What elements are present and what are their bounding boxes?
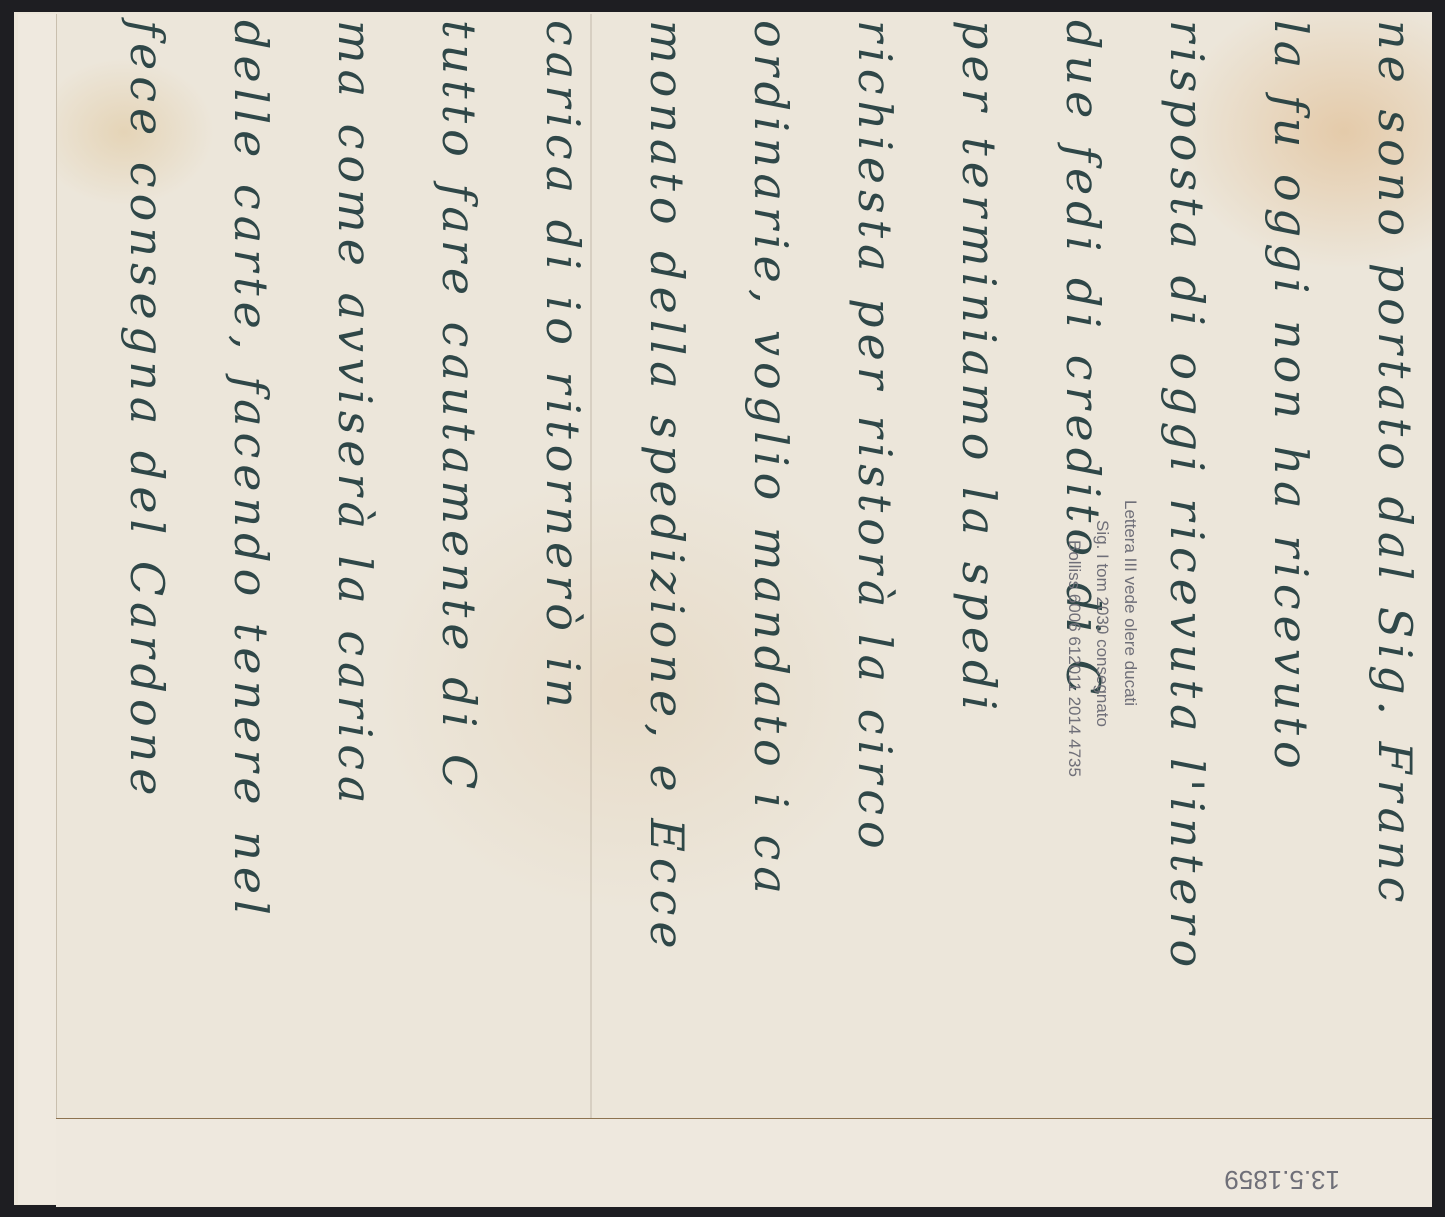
handwritten-line-text: la fu oggi non ha ricevuto [1264,20,1318,775]
handwritten-line: ordinarie, voglio mandato i ca [741,20,801,1115]
handwritten-line-text: tutto fare cautamente di C [432,20,486,795]
handwritten-line: ne sono portato dal Sig. Franc [1365,20,1425,1115]
handwritten-line: tutto fare cautamente di C [429,20,489,1115]
handwritten-line: monato della spedizione, e Ecce [637,20,697,1115]
pencil-note: Sig. I tom 2030 consegnato [1092,520,1112,727]
handwritten-line-text: ma come avviserà la carica [328,20,382,809]
handwritten-line: richiesta per ristorà la circo [845,20,905,1115]
pencil-date: 13.5.1859 [1224,1164,1340,1195]
handwritten-line-text: carica di io ritornerò in [536,20,590,714]
handwritten-line: per terminiamo la spedi [949,20,1009,1115]
handwritten-line-text: richiesta per ristorà la circo [848,20,902,855]
handwritten-line: ma come avviserà la carica [325,20,385,1115]
handwritten-line: risposta di oggi ricevuta l'intero [1157,20,1217,1115]
handwritten-line-text: delle carte, facendo tenere nel [224,20,278,921]
handwritten-line-text: ne sono portato dal Sig. Franc [1368,20,1422,908]
folded-left-edge [18,14,57,1204]
handwritten-line: carica di io ritornerò in [533,20,593,1115]
handwritten-line-text: monato della spedizione, e Ecce [640,20,694,955]
handwritten-line: fece consegna del Cardone [117,20,177,1115]
handwritten-line-text: per terminiamo la spedi [952,20,1006,716]
handwritten-line-text: risposta di oggi ricevuta l'intero [1160,20,1214,973]
pencil-note: Lettera III vede olere ducati [1120,500,1140,706]
handwritten-line: la fu oggi non ha ricevuto [1261,20,1321,1115]
handwritten-line-text: ordinarie, voglio mandato i ca [744,20,798,900]
handwritten-line-text: fece consegna del Cardone [120,20,174,802]
handwritten-line: delle carte, facendo tenere nel [221,20,281,1115]
pencil-note: Bolliss 6006 612011 2014 4735 [1064,540,1084,777]
